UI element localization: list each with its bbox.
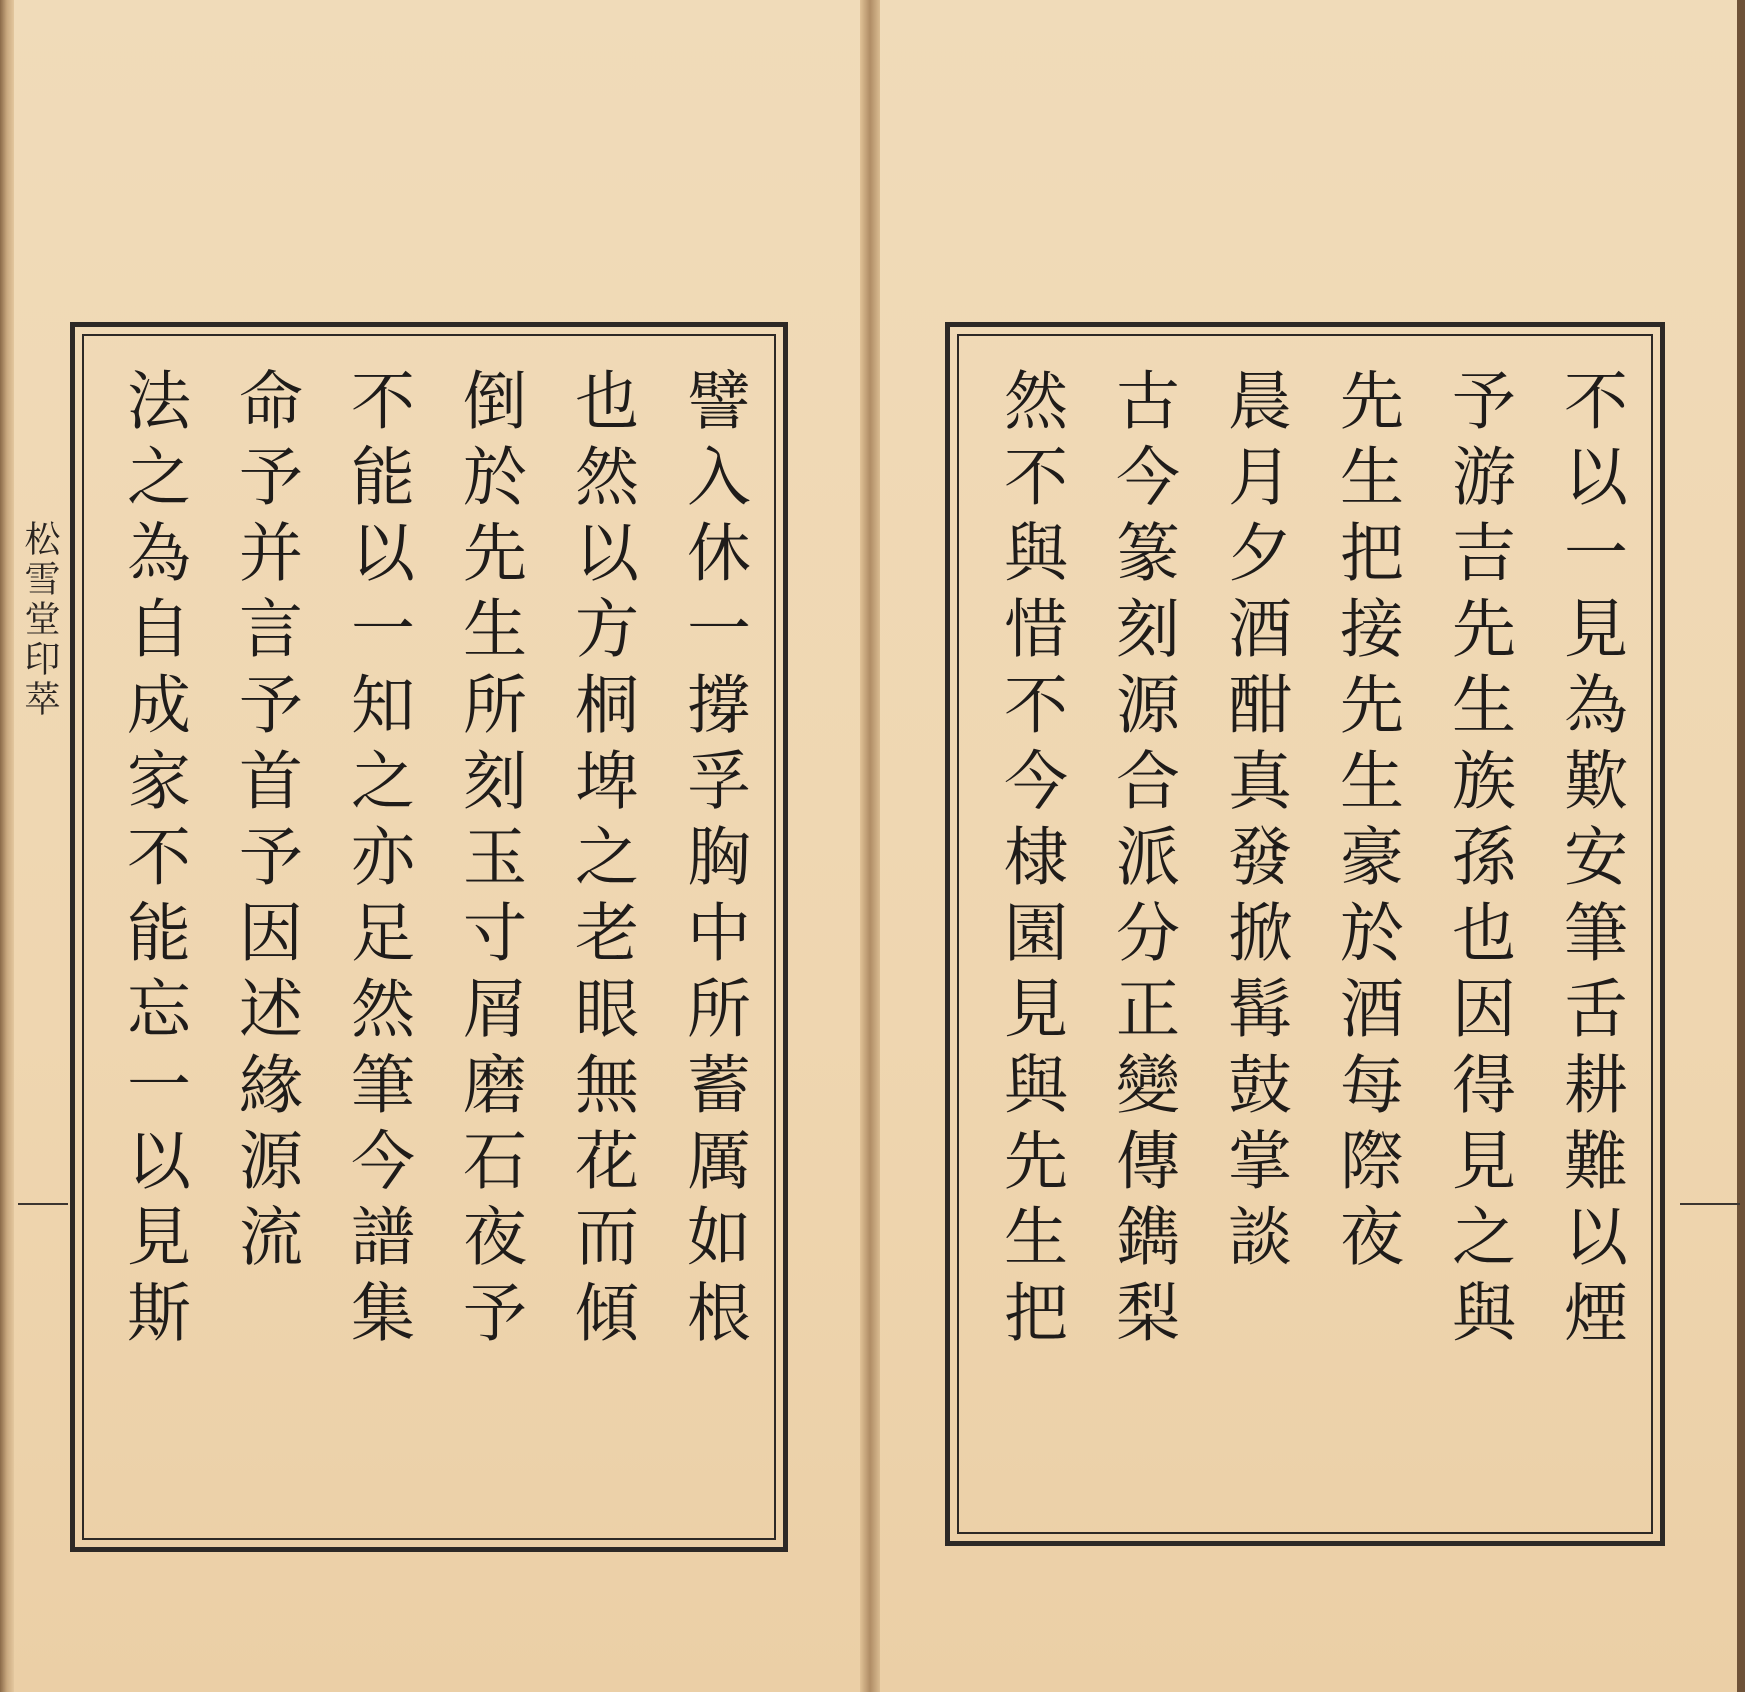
text-column: 倒於先生所刻玉寸屑磨石夜予 bbox=[449, 367, 529, 1355]
text-column: 晨月夕酒酣真發掀髯鼓掌談 bbox=[1214, 367, 1294, 1279]
text-column: 也然以方桐埤之老眼無花而傾 bbox=[561, 367, 641, 1355]
text-column: 不以一見為歎安筆舌耕難以煙 bbox=[1550, 367, 1630, 1355]
text-column: 古今篆刻源合派分正變傳鐫梨 bbox=[1102, 367, 1182, 1355]
text-column: 法之為自成家不能忘一以見斯 bbox=[113, 367, 193, 1355]
book-gutter bbox=[860, 0, 880, 1692]
left-text-frame: 譬入休一撐孚胸中所蓄厲如根 也然以方桐埤之老眼無花而傾 倒於先生所刻玉寸屑磨石夜… bbox=[70, 322, 788, 1552]
text-column: 不能以一知之亦足然筆今譜集 bbox=[337, 367, 417, 1355]
side-title: 松雪堂印萃 bbox=[14, 520, 65, 720]
text-column: 譬入休一撐孚胸中所蓄厲如根 bbox=[673, 367, 753, 1355]
text-column: 予游吉先生族孫也因得見之與 bbox=[1438, 367, 1518, 1355]
text-column: 命予并言予首予因述緣源流 bbox=[225, 367, 305, 1279]
book-edge-right bbox=[1737, 0, 1745, 1692]
right-text-frame: 不以一見為歎安筆舌耕難以煙 予游吉先生族孫也因得見之與 先生把接先生豪於酒每際夜… bbox=[945, 322, 1665, 1546]
fold-mark-right bbox=[1680, 1203, 1740, 1205]
book-edge bbox=[0, 0, 14, 1692]
text-column: 然不與惜不今棣園見與先生把 bbox=[990, 367, 1070, 1355]
fold-mark-left bbox=[18, 1203, 68, 1205]
text-column: 先生把接先生豪於酒每際夜 bbox=[1326, 367, 1406, 1279]
